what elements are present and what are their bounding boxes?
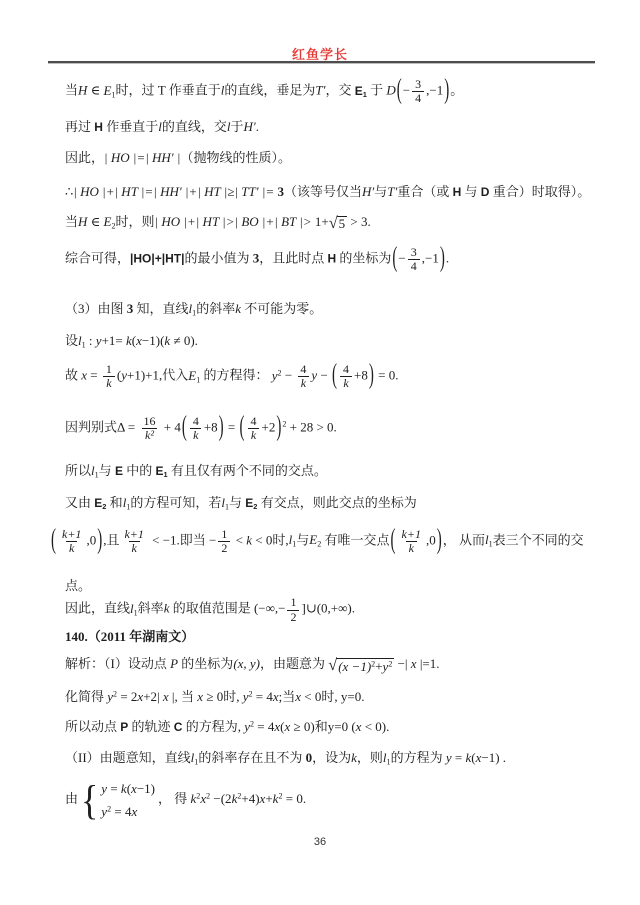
- text-run: 作垂直于: [103, 119, 158, 134]
- text-run: −: [398, 251, 405, 266]
- label-run: H: [94, 120, 103, 134]
- sqrt-radical: √(x −1)2+y2: [328, 658, 394, 674]
- paragraph-12: 又由 E2 和l1的方程可知，若l1与 E2 有交点，则此交点的坐标为: [50, 494, 598, 513]
- math-run: P: [170, 656, 178, 671]
- text-run: 故: [65, 368, 81, 383]
- paragraph-1: 当H ∈ E1时，过 T 作垂直于l的直线，垂足为T′，交 E1 于 D(−34…: [50, 78, 598, 105]
- subscripted: l1: [383, 750, 391, 765]
- text-run: 的直线，垂足为: [224, 83, 315, 98]
- text-run: 不可能为零。: [241, 301, 322, 316]
- text-run: = 0.: [375, 368, 399, 383]
- text-run: ≠ 0).: [170, 333, 198, 348]
- text-run: 与: [99, 463, 115, 478]
- text-run: 的斜率: [196, 301, 235, 316]
- text-run: =: [87, 368, 101, 383]
- text-run: < 0时, y=0.: [301, 689, 364, 704]
- text-run: 斜率: [138, 601, 164, 616]
- paragraph-3: 因此，| HO |=| HH′ |（抛物线的性质）。: [50, 149, 598, 167]
- text-run: :: [86, 333, 96, 348]
- text-run: 所以动点: [65, 719, 120, 734]
- text-run: ≥ 0时,: [203, 689, 243, 704]
- subscripted: E2: [245, 496, 257, 510]
- text-run: ，且此时点: [259, 251, 327, 266]
- text-run: + 4: [160, 419, 180, 434]
- text-run: 设: [65, 333, 78, 348]
- system-row: y2 = 4x: [101, 803, 155, 821]
- text-run: 当: [65, 83, 78, 98]
- paragraph-18: 化简得 y2 = 2x+2| x |, 当 x ≥ 0时, y2 = 4x;当x…: [50, 688, 598, 706]
- superscripted: k2: [273, 791, 283, 806]
- text-run: 有唯一交点: [321, 532, 389, 547]
- text-run: ,−1: [426, 83, 443, 98]
- subscripted: E2: [309, 532, 321, 547]
- text-run: 因此，直线: [65, 601, 130, 616]
- superscripted: x2: [200, 791, 210, 806]
- page-number: 36: [0, 836, 640, 848]
- big-paren: ): [444, 77, 449, 106]
- fraction: 34: [412, 78, 424, 105]
- text-run: 的斜率存在且不为: [198, 750, 305, 765]
- text-run: 的最小值为: [184, 251, 252, 266]
- text-run: （抛物线的性质）。: [180, 150, 291, 165]
- text-run: 的轨迹: [128, 719, 174, 734]
- label-run: H: [327, 252, 336, 266]
- text-run: .: [256, 119, 259, 134]
- subscripted: l1: [221, 495, 229, 510]
- text-run: 时，则: [116, 214, 155, 229]
- text-run: −|: [394, 656, 410, 671]
- text-run: 知，直线: [133, 301, 188, 316]
- subscripted: E1: [188, 368, 200, 383]
- text-run: 的直线，交: [162, 119, 227, 134]
- superscripted: y2: [101, 804, 111, 819]
- text-run: 由: [65, 791, 78, 806]
- subscripted: l1: [130, 601, 138, 616]
- text-run: 又由: [65, 495, 94, 510]
- math-run: H′: [243, 119, 255, 134]
- text-run: 重合）时取得）。: [489, 184, 590, 199]
- fraction: k+1k: [121, 528, 146, 555]
- text-run: 与: [229, 495, 245, 510]
- text-run: 的方程得：: [200, 368, 272, 383]
- math-run: H: [78, 83, 87, 98]
- bold-run: 140.（2011 年湖南文）: [65, 629, 194, 644]
- text-run: ;当: [279, 689, 296, 704]
- big-paren: ): [219, 414, 224, 443]
- fraction: 34: [408, 246, 420, 273]
- big-paren: ): [437, 527, 442, 556]
- paragraph-19: 所以动点 P 的轨迹 C 的方程为, y2 = 4x(x ≥ 0)和y=0 (x…: [50, 718, 598, 736]
- text-run: 的坐标为: [336, 251, 391, 266]
- paragraph-16: 140.（2011 年湖南文）: [50, 628, 598, 646]
- text-run: = 4: [254, 719, 274, 734]
- math-run: x: [131, 804, 137, 819]
- text-run: 解析：（I）设动点: [65, 656, 170, 671]
- text-run: （3）由图: [65, 301, 127, 316]
- text-run: ,0: [426, 532, 436, 547]
- page: 红鱼学长 当H ∈ E1时，过 T 作垂直于l的直线，垂足为T′，交 E1 于 …: [0, 0, 640, 905]
- text-run: −: [282, 368, 296, 383]
- text-run: < 0时,: [252, 532, 289, 547]
- subscripted: E1: [155, 464, 167, 478]
- paragraph-4: ∴| HO |+| HT |=| HH′ |+| HT |≥| TT′ |= 3…: [50, 183, 598, 201]
- math-run: H: [78, 214, 87, 229]
- text-run: 于: [367, 83, 387, 98]
- system-row: y = k(x−1): [101, 780, 155, 798]
- paragraph-10: 因判别式Δ = 16k² + 4(4k+8) = (4k+2)2 + 28 > …: [50, 415, 598, 442]
- big-paren: (: [332, 363, 337, 392]
- fraction: 4k: [190, 415, 202, 442]
- text-run: ,0: [86, 532, 96, 547]
- text-run: 表三个不同的交: [493, 532, 584, 547]
- math-run: H′: [362, 184, 374, 199]
- text-run: +2|: [143, 689, 163, 704]
- paragraph-11: 所以l1与 E 中的 E1 有且仅有两个不同的交点。: [50, 462, 598, 481]
- text-run: ，则: [357, 750, 383, 765]
- system-brace: {: [81, 779, 98, 820]
- text-run: 与: [374, 184, 387, 199]
- superscripted: y2: [243, 689, 253, 704]
- header-rule: [48, 61, 595, 64]
- math-run: | HO |+| HT |>| BO |+| BT |>: [155, 214, 315, 229]
- document-body: 当H ∈ E1时，过 T 作垂直于l的直线，垂足为T′，交 E1 于 D(−34…: [50, 68, 598, 820]
- text-run: +1)+1,代入: [127, 368, 188, 383]
- text-run: ]∪(0,+∞).: [301, 601, 354, 616]
- math-run: T′: [315, 83, 325, 98]
- text-run: ,且: [103, 532, 119, 547]
- text-run: 再过: [65, 119, 94, 134]
- text-run: 和: [106, 495, 122, 510]
- fraction: 12: [218, 528, 230, 555]
- paragraph-15: 因此，直线l1斜率k 的取值范围是 (−∞,−12]∪(0,+∞).: [50, 596, 598, 623]
- superscripted: k2: [191, 791, 201, 806]
- text-run: < −1.即当 −: [149, 532, 217, 547]
- subscripted: l1: [78, 333, 86, 348]
- text-run: −: [403, 83, 410, 98]
- text-run: = 4: [253, 689, 273, 704]
- big-paren: (: [391, 527, 396, 556]
- text-run: =: [107, 781, 121, 796]
- math-run: | HO |=| HH′ |: [104, 150, 180, 165]
- paragraph-14: 点。: [50, 577, 598, 595]
- text-run: 与: [296, 532, 309, 547]
- radicand: (x −1)2+y2: [336, 658, 394, 674]
- text-run: 中的: [123, 463, 156, 478]
- text-run: |, 当: [169, 689, 198, 704]
- text-run: ，由题意为: [260, 656, 328, 671]
- text-run: 化简得: [65, 689, 107, 704]
- text-run: .: [446, 251, 449, 266]
- label-run: E: [115, 464, 123, 478]
- text-run: 有且仅有两个不同的交点。: [168, 463, 327, 478]
- big-paren: ): [276, 414, 281, 443]
- text-run: ，设为: [312, 750, 351, 765]
- text-run: + 28 > 0.: [286, 419, 336, 434]
- superscripted: y2: [383, 659, 393, 674]
- text-run: +: [375, 659, 382, 674]
- fraction: k+1k: [59, 528, 84, 555]
- sqrt-radical: √5: [329, 216, 347, 232]
- text-run: ，交: [325, 83, 354, 98]
- subscripted: E2: [104, 214, 116, 229]
- text-run: > 3.: [347, 214, 371, 229]
- math-run: | HO |+| HT |=| HH′ |+| HT |≥| TT′ |=: [73, 184, 277, 199]
- text-run: 的方程为: [391, 750, 446, 765]
- subscripted: E1: [104, 83, 116, 98]
- text-run: 。: [450, 83, 463, 98]
- paragraph-9: 故 x = 1k(y+1)+1,代入E1 的方程得： y2 − 4ky − (4…: [50, 363, 598, 390]
- text-run: −1)(: [142, 333, 165, 348]
- superscripted: y2: [272, 368, 282, 383]
- big-paren: (: [51, 527, 56, 556]
- text-run: 点。: [65, 578, 91, 593]
- fraction: 16k²: [140, 415, 158, 442]
- text-run: +2: [262, 419, 276, 434]
- text-run: −: [317, 368, 331, 383]
- label-run: |HO|+|HT|: [130, 252, 184, 266]
- subscripted: l1: [91, 463, 99, 478]
- superscripted: y2: [107, 689, 117, 704]
- text-run: ,−1: [422, 251, 439, 266]
- fraction: 1k: [103, 363, 115, 390]
- text-run: ≥ 0)和y=0 (: [290, 719, 355, 734]
- text-run: ， 得: [158, 791, 191, 806]
- text-run: 1+: [315, 214, 329, 229]
- fraction: 4k: [340, 363, 352, 390]
- text-run: 的坐标为: [178, 656, 233, 671]
- text-run: +1=: [102, 333, 126, 348]
- radicand: 5: [337, 216, 348, 232]
- big-paren: (: [397, 77, 402, 106]
- text-run: ， 从而: [443, 532, 485, 547]
- paragraph-13: (k+1k,0),且k+1k < −1.即当 −12 < k < 0时,l1与E…: [50, 528, 598, 555]
- text-run: 重合（或: [397, 184, 452, 199]
- text-run: 于: [230, 119, 243, 134]
- paragraph-17: 解析：（I）设动点 P 的坐标为(x, y)，由题意为 √(x −1)2+y2 …: [50, 655, 598, 674]
- text-run: 与: [461, 184, 481, 199]
- fraction: 12: [287, 596, 299, 623]
- math-run: (x, y): [233, 656, 260, 671]
- text-run: +8: [354, 368, 368, 383]
- subscripted: E2: [94, 496, 106, 510]
- paragraph-8: 设l1 : y+1= k(x−1)(k ≠ 0).: [50, 332, 598, 351]
- math-run: T′: [387, 184, 397, 199]
- text-run: （该等号仅当: [284, 184, 362, 199]
- text-run: +8: [204, 419, 218, 434]
- text-run: +: [265, 791, 272, 806]
- equation-system: {y = k(x−1)y2 = 4x: [81, 780, 155, 820]
- text-run: = 4: [111, 804, 131, 819]
- fraction: k+1k: [399, 528, 424, 555]
- fraction: 4k: [297, 363, 309, 390]
- text-run: <: [232, 532, 246, 547]
- paragraph-21: 由{y = k(x−1)y2 = 4x， 得 k2x2 −(2k2+4)x+k2…: [50, 780, 598, 820]
- big-paren: (: [392, 246, 397, 275]
- text-run: = 0.: [282, 791, 306, 806]
- superscripted: y2: [244, 719, 254, 734]
- paragraph-7: （3）由图 3 知，直线l1的斜率k 不可能为零。: [50, 300, 598, 319]
- text-run: 时，过 T 作垂直于: [116, 83, 221, 98]
- text-run: < 0).: [361, 719, 389, 734]
- label-run: H: [453, 185, 462, 199]
- subscripted: E1: [355, 84, 367, 98]
- superscripted: (x −1)2: [338, 659, 375, 674]
- text-run: 因判别式Δ =: [65, 419, 138, 434]
- big-paren: (: [182, 414, 187, 443]
- text-run: −(2: [210, 791, 231, 806]
- paragraph-20: （II）由题意知，直线l1的斜率存在且不为 0，设为k，则l1的方程为 y = …: [50, 749, 598, 768]
- text-run: 当: [65, 214, 78, 229]
- big-paren: ): [440, 246, 445, 275]
- paragraph-5: 当H ∈ E2时，则| HO |+| HT |>| BO |+| BT |> 1…: [50, 213, 598, 232]
- text-run: = 2: [117, 689, 137, 704]
- paragraph-6: 综合可得，|HO|+|HT|的最小值为 3，且此时点 H 的坐标为(−34,−1…: [50, 246, 598, 273]
- superscripted: k2: [232, 791, 242, 806]
- text-run: 所以: [65, 463, 91, 478]
- text-run: ∈: [87, 214, 103, 229]
- text-run: 5: [339, 216, 346, 231]
- text-run: =: [452, 750, 466, 765]
- text-run: 的取值范围是 (−∞,−: [169, 601, 285, 616]
- text-run: （II）由题意知，直线: [65, 750, 191, 765]
- text-run: ∈: [87, 83, 103, 98]
- text-run: 因此，: [65, 150, 104, 165]
- subscripted: l1: [485, 532, 493, 547]
- text-run: |=1.: [417, 656, 440, 671]
- fraction: 4k: [248, 415, 260, 442]
- text-run: −1) .: [481, 750, 506, 765]
- math-run: D: [386, 83, 395, 98]
- paragraph-2: 再过 H 作垂直于l的直线，交l于H′.: [50, 118, 598, 136]
- big-paren: ): [97, 527, 102, 556]
- text-run: 综合可得，: [65, 251, 130, 266]
- big-paren: (: [240, 414, 245, 443]
- big-paren: ): [369, 363, 374, 392]
- text-run: 的方程可知，若: [130, 495, 221, 510]
- text-run: +4): [241, 791, 259, 806]
- text-run: −1): [137, 781, 155, 796]
- text-run: 有交点，则此交点的坐标为: [257, 495, 416, 510]
- text-run: 的方程为,: [182, 719, 244, 734]
- text-run: =: [225, 419, 239, 434]
